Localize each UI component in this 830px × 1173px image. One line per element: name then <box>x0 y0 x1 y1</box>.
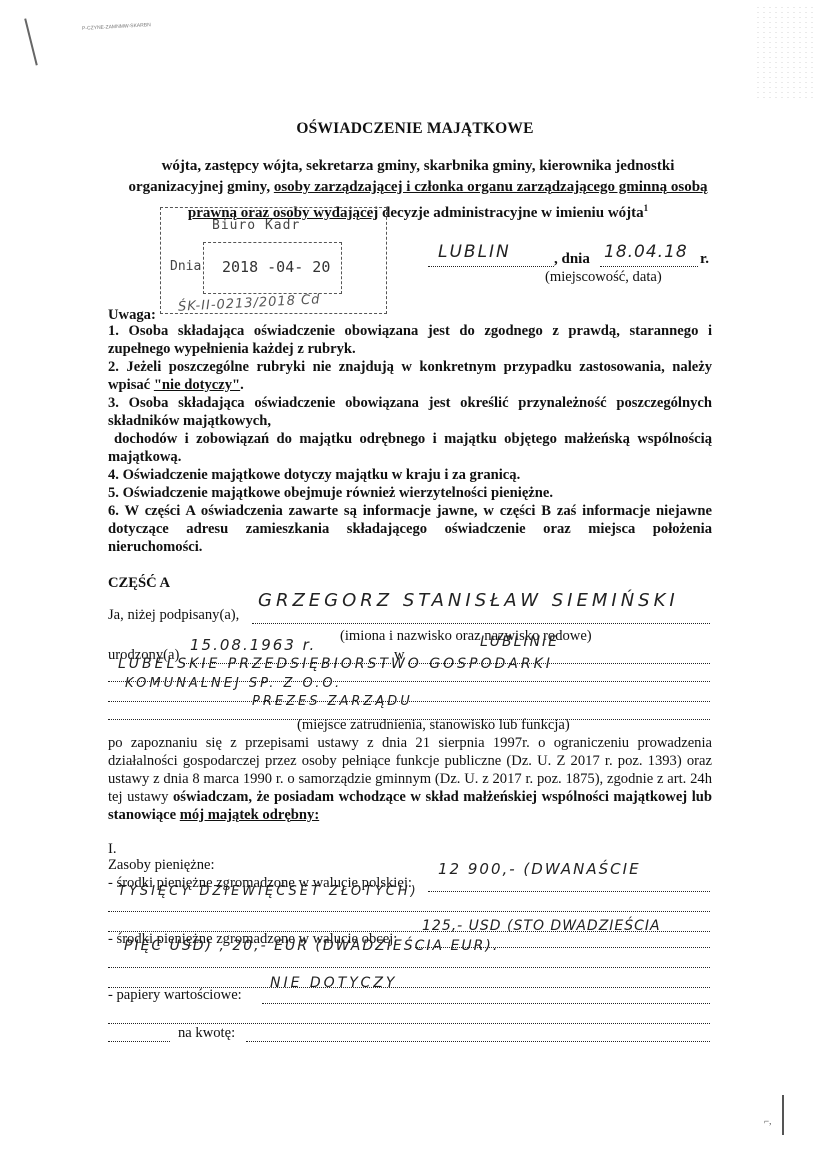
declarant-handwritten: GRZEGORZ STANISŁAW SIEMIŃSKI <box>258 590 679 611</box>
uwaga-item-2-quote: "nie dotyczy" <box>154 377 240 393</box>
place-date-caption: (miejscowość, data) <box>545 268 662 286</box>
uwaga-item-3: 3. Osoba składająca oświadczenie obowiąz… <box>108 394 712 430</box>
uwaga-item-4: 4. Oświadczenie majątkowe dotyczy majątk… <box>108 466 712 484</box>
uwaga-item-3-cont: dochodów i zobowiązań do majątku odrębne… <box>108 430 712 466</box>
scan-noise <box>755 5 815 100</box>
uwaga-item-6: 6. W części A oświadczenia zawarte są in… <box>108 502 712 556</box>
top-left-stamp-text: P-CZYNE-ZAMNMW-SKARBN <box>82 22 151 32</box>
footnote-marker: 1 <box>644 203 649 213</box>
subtitle-line-2a: organizacyjnej gminy, <box>128 179 273 195</box>
statement-paragraph: po zapoznaniu się z przepisami ustawy z … <box>108 734 712 824</box>
page-margin-scribble: ⌐, <box>764 1116 771 1126</box>
amount-field <box>246 1024 710 1042</box>
foreign-value-line-2: PIĘĆ USD) , 20,- EUR (DWADZIEŚCIA EUR). <box>124 938 499 954</box>
subtitle-line-3b: decyzje administracyjne w imieniu wójta <box>378 205 643 221</box>
securities-label: - papiery wartościowe: <box>108 986 242 1004</box>
employment-line-3: PREZES ZARZĄDU <box>252 694 413 709</box>
uwaga-item-2-end: . <box>240 377 244 393</box>
page-margin-mark <box>782 1095 784 1135</box>
year-suffix: r. <box>700 251 709 268</box>
place-handwritten: LUBLIN <box>438 242 511 262</box>
date-handwritten: 18.04.18 <box>604 242 688 262</box>
employment-caption: (miejsce zatrudnienia, stanowisko lub fu… <box>297 716 570 734</box>
scan-margin-mark <box>24 19 37 66</box>
document-title: OŚWIADCZENIE MAJĄTKOWE <box>0 120 830 138</box>
employment-line-2: KOMUNALNEJ SP. Z O.O. <box>125 676 342 691</box>
pln-value-line-2: TYSIĘCY DZIEWIĘĆSET ZŁOTYCH) <box>118 884 419 899</box>
securities-field-2 <box>108 1006 710 1024</box>
section-1-heading: Zasoby pieniężne: <box>108 856 215 874</box>
dnia-label: , dnia <box>554 251 590 268</box>
subtitle-line-2: organizacyjnej gminy, osoby zarządzające… <box>108 177 728 198</box>
amount-label: na kwotę: <box>178 1024 235 1042</box>
pln-value-line-1: 12 900,- (DWANAŚCIE <box>438 860 641 878</box>
subtitle-line-2b: osoby zarządzającej i członka organu zar… <box>274 179 708 195</box>
uwaga-item-5: 5. Oświadczenie majątkowe obejmuje równi… <box>108 484 712 502</box>
securities-value: NIE DOTYCZY <box>270 975 397 991</box>
securities-name-field <box>108 1024 170 1042</box>
uwaga-item-2: 2. Jeżeli poszczególne rubryki nie znajd… <box>108 358 712 394</box>
stamp-date-value: 2018 -04- 20 <box>222 258 330 276</box>
born-place-handwritten: LUBLINIE <box>480 634 559 650</box>
statement-bold-underlined: mój majątek odrębny: <box>180 807 319 823</box>
born-date-handwritten: 15.08.1963 r. <box>190 636 316 654</box>
employment-line-1: LUBELSKIE PRZEDSIĘBIORSTWO GOSPODARKI <box>118 656 553 672</box>
subtitle-line-1: wójta, zastępcy wójta, sekretarza gminy,… <box>108 156 728 177</box>
part-a-heading: CZĘŚĆ A <box>108 574 170 592</box>
stamp-office: Biuro Kadr <box>212 218 300 233</box>
uwaga-item-1: 1. Osoba składająca oświadczenie obowiąz… <box>108 322 712 358</box>
stamp-date-label: Dnia <box>170 259 201 274</box>
uwaga-list: 1. Osoba składająca oświadczenie obowiąz… <box>108 322 712 556</box>
foreign-value-line-1: 125,- USD (STO DWADZIEŚCIA <box>422 918 661 934</box>
declarant-label: Ja, niżej podpisany(a), <box>108 606 239 624</box>
